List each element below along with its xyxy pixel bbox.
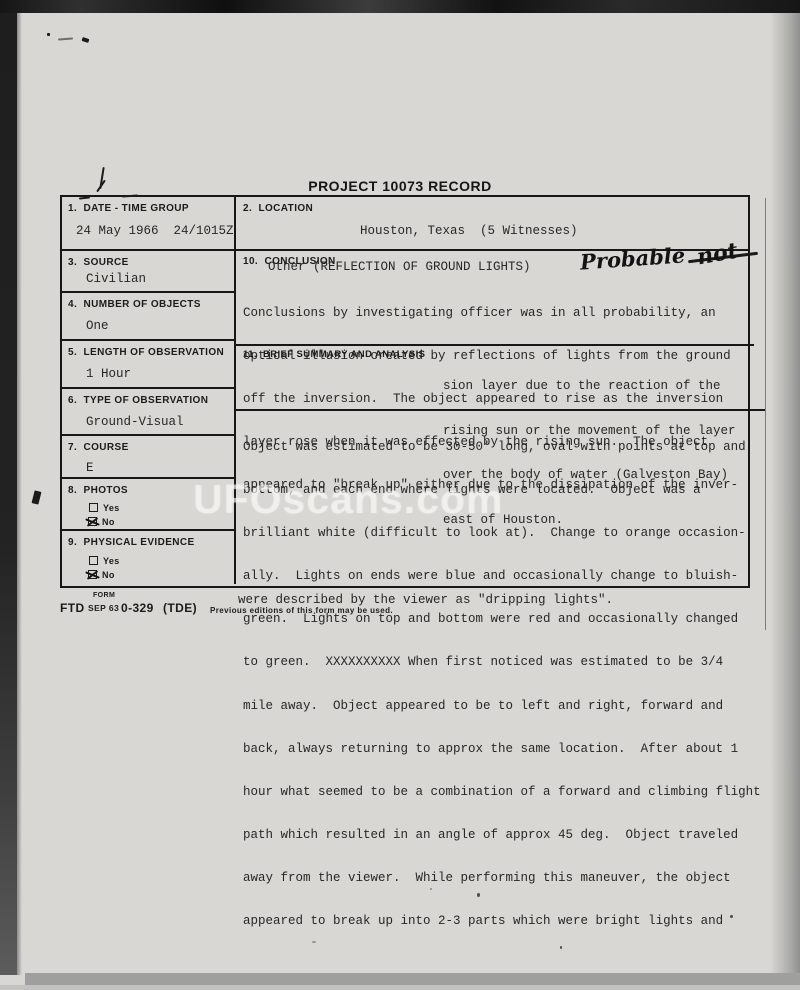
summary-line: ally. Lights on ends were blue and occas… — [243, 569, 761, 584]
margin-ink-blob — [32, 490, 42, 504]
pen-overwrite-dash — [79, 196, 90, 200]
photos-label: 8. PHOTOS — [68, 485, 128, 496]
handwritten-not-struck: not — [695, 238, 740, 271]
length-of-observation-label: 5. LENGTH OF OBSERVATION — [68, 347, 224, 358]
column-divider-line — [234, 195, 236, 584]
dust-speck — [477, 893, 480, 897]
handwritten-probable: Probable — [579, 242, 686, 274]
pen-overwrite-dash — [122, 194, 138, 198]
pen-dot-mark — [47, 33, 50, 36]
type-of-observation-value: Ground-Visual — [86, 415, 184, 429]
source-label: 3. SOURCE — [68, 257, 129, 268]
summary-line: away from the viewer. While performing t… — [243, 871, 761, 886]
number-of-objects-label: 4. NUMBER OF OBJECTS — [68, 299, 201, 310]
number-of-objects-value: One — [86, 319, 109, 333]
summary-line: back, always returning to approx the sam… — [243, 742, 761, 757]
photos-yes-label: Yes — [103, 503, 120, 513]
scan-bottom-gray-bar — [25, 973, 800, 985]
row-divider-line — [60, 387, 236, 389]
location-value: Houston, Texas (5 Witnesses) — [360, 224, 578, 238]
summary-overflow-line: were described by the viewer as "drippin… — [238, 593, 613, 607]
source-value: Civilian — [86, 272, 146, 286]
summary-line: brilliant white (difficult to look at). … — [243, 526, 761, 541]
footer-form-suffix: (TDE) — [163, 601, 197, 615]
pen-blot-mark — [82, 37, 90, 43]
scan-right-edge-shadow — [770, 13, 800, 975]
watermark-text: UFOscans.com — [193, 476, 504, 523]
physical-evidence-yes-checkbox — [89, 556, 98, 565]
dust-speck — [312, 941, 316, 943]
physical-evidence-no-label: No — [102, 570, 115, 580]
scan-left-black-strip — [0, 13, 17, 975]
course-value: E — [86, 461, 94, 475]
summary-line: path which resulted in an angle of appro… — [243, 828, 761, 843]
length-of-observation-value: 1 Hour — [86, 367, 131, 381]
scan-bottom-edge — [0, 985, 800, 990]
date-time-group-value: 24 May 1966 24/1015Z — [76, 224, 234, 238]
form-title: PROJECT 10073 RECORD — [0, 178, 800, 194]
dust-speck — [430, 888, 432, 890]
type-of-observation-label: 6. TYPE OF OBSERVATION — [68, 395, 208, 406]
dust-speck — [730, 915, 733, 918]
scan-top-black-bar — [0, 0, 800, 13]
dust-speck — [560, 946, 562, 949]
course-label: 7. COURSE — [68, 442, 129, 453]
pen-dash-mark — [58, 37, 73, 40]
conclusion-line: Conclusions by investigating officer was… — [243, 306, 738, 321]
row-divider-line — [60, 529, 236, 531]
brief-summary-label: 11. BRIEF SUMMARY AND ANALYSIS — [243, 349, 425, 360]
summary-line: hour what seemed to be a combination of … — [243, 785, 761, 800]
photos-no-label: No — [102, 517, 115, 527]
photos-yes-checkbox — [89, 503, 98, 512]
continuation-line: sion layer due to the reaction of the — [443, 378, 736, 395]
footer-form-word: FORM — [93, 592, 115, 599]
scanned-document-page: { "page": { "title": "PROJECT 10073 RECO… — [0, 0, 800, 990]
row-divider-line — [60, 291, 236, 293]
date-time-group-label: 1. DATE - TIME GROUP — [68, 203, 189, 214]
footer-form-number: 0-329 — [121, 601, 154, 615]
row-divider-line — [60, 434, 236, 436]
summary-line-struck-by-border: appeared to break up into 2-3 parts whic… — [243, 914, 761, 929]
location-label: 2. LOCATION — [243, 203, 313, 214]
summary-line-with-strikeout: to green. XXXXXXXXXX When first noticed … — [243, 655, 761, 670]
footer-previous-editions-note: Previous editions of this form may be us… — [210, 606, 393, 615]
summary-line: Object was estimated to be 30-50' long, … — [243, 440, 761, 455]
section11-top-border-strike — [234, 344, 754, 346]
scan-vertical-crease-line — [765, 198, 766, 630]
conclusion-typed-heading: Other (REFLECTION OF GROUND LIGHTS) — [268, 260, 531, 274]
summary-line: mile away. Object appeared to be to left… — [243, 699, 761, 714]
physical-evidence-yes-label: Yes — [103, 556, 120, 566]
scan-left-strip-shadow — [17, 13, 22, 975]
continuation-underline — [234, 409, 765, 411]
footer-form-date: SEP 63 — [88, 603, 119, 613]
row-divider-line — [60, 339, 236, 341]
footer-agency: FTD — [60, 601, 85, 615]
physical-evidence-label: 9. PHYSICAL EVIDENCE — [68, 537, 195, 548]
